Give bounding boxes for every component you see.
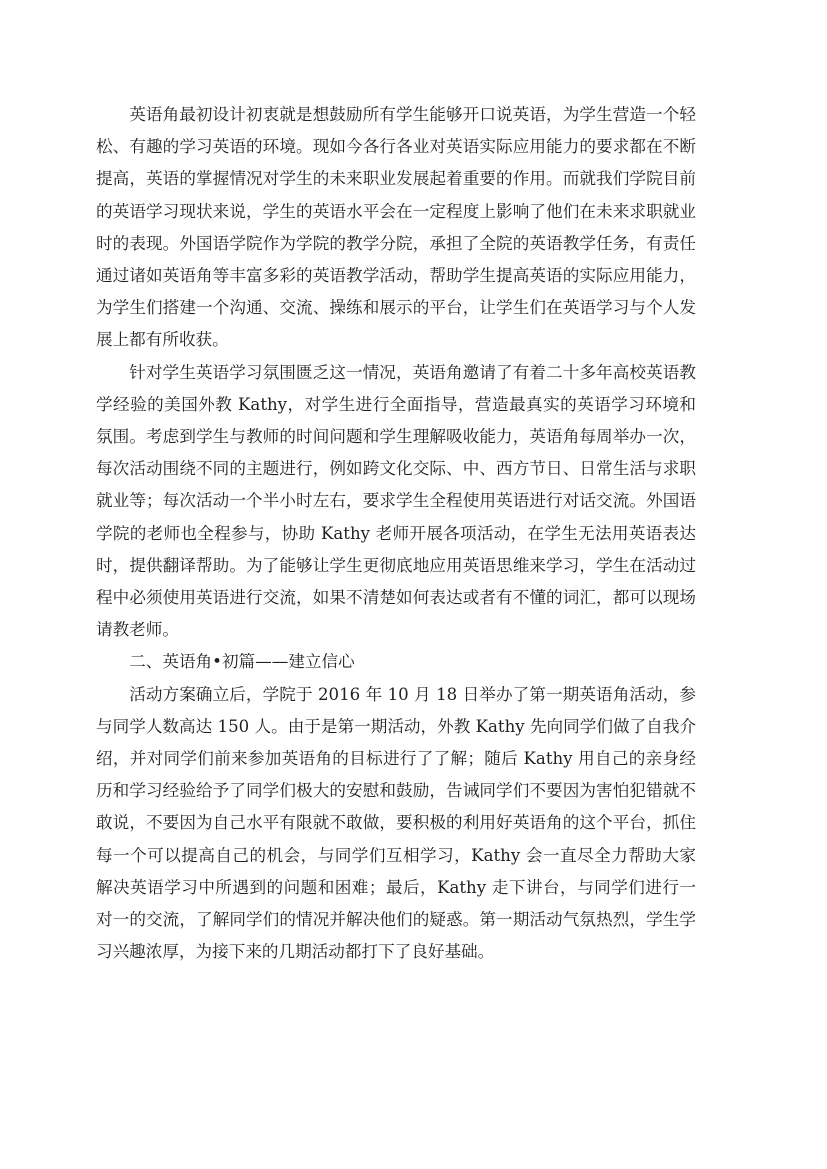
body-paragraph-2: 针对学生英语学习氛围匮乏这一情况，英语角邀请了有着二十多年高校英语教学经验的美国… bbox=[96, 357, 696, 647]
section-heading: 二、英语角•初篇——建立信心 bbox=[96, 646, 696, 678]
body-paragraph-1: 英语角最初设计初衷就是想鼓励所有学生能够开口说英语，为学生营造一个轻松、有趣的学… bbox=[96, 99, 696, 357]
document-page: 英语角最初设计初衷就是想鼓励所有学生能够开口说英语，为学生营造一个轻松、有趣的学… bbox=[0, 0, 827, 1169]
body-paragraph-3: 活动方案确立后，学院于 2016 年 10 月 18 日举办了第一期英语角活动，… bbox=[96, 679, 696, 969]
